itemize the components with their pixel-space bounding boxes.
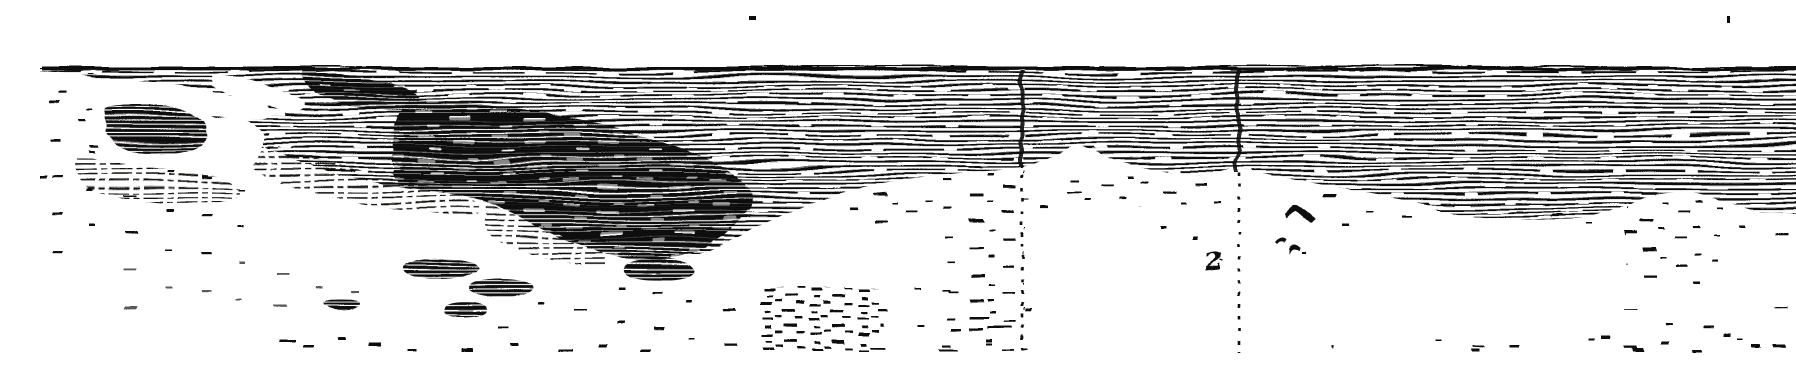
plate-mark: 2: [1201, 246, 1224, 279]
cropped-mark-right: [1727, 16, 1730, 23]
cloud-engraving-svg: 2: [40, 16, 1796, 353]
cropped-mark-left: [749, 16, 756, 20]
plate-top-border: [42, 67, 1796, 70]
engraving-figure: 2: [40, 16, 1796, 353]
